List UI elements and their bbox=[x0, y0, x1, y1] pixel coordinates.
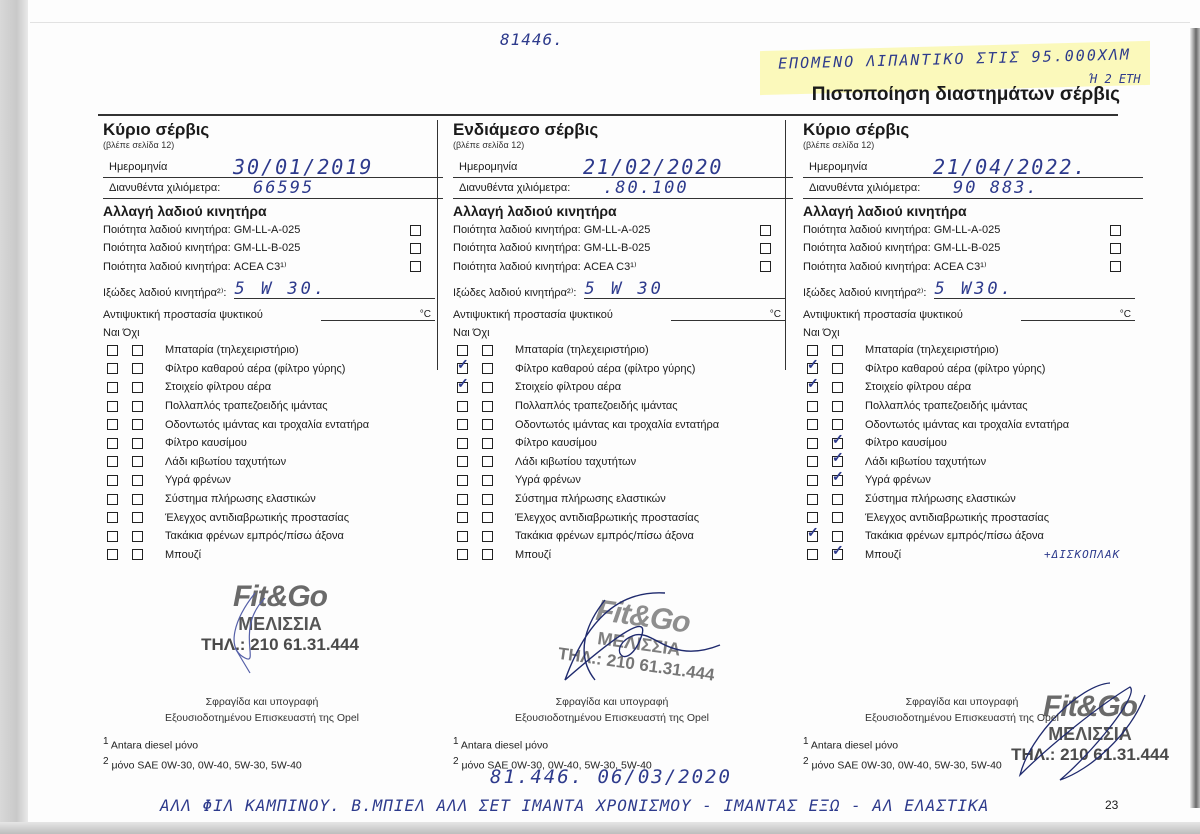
stamp-caption-line1: Σφραγίδα και υπογραφή bbox=[97, 694, 427, 710]
checklist-item-label: Μπαταρία (τηλεχειριστήριο) bbox=[865, 344, 999, 356]
km-value: 90 883. bbox=[953, 178, 1039, 198]
checklist-item-label: Στοιχείο φίλτρου αέρα bbox=[165, 381, 271, 393]
footnote-number: 1 bbox=[103, 736, 109, 747]
yes-checkbox[interactable] bbox=[107, 382, 118, 393]
checklist-item-label: Πολλαπλός τραπεζοειδής ιμάντας bbox=[515, 400, 678, 412]
viscosity-field[interactable]: 5 W30. bbox=[934, 278, 1135, 299]
no-checkbox[interactable] bbox=[832, 456, 843, 467]
viscosity-value: 5 W 30. bbox=[234, 279, 327, 299]
checklist-item: Στοιχείο φίλτρου αέρα bbox=[103, 378, 443, 397]
page-title: Πιστοποίηση διαστημάτων σέρβις bbox=[812, 84, 1120, 106]
no-checkbox[interactable] bbox=[832, 363, 843, 374]
date-value: 21/02/2020 bbox=[583, 155, 723, 179]
checklist-item-label: Φίλτρο καυσίμου bbox=[865, 437, 947, 449]
yes-checkbox[interactable] bbox=[457, 512, 468, 523]
oil-change-heading: Αλλαγή λαδιού κινητήρα bbox=[103, 203, 443, 219]
stamp-caption-line2: Εξουσιοδοτημένου Επισκευαστή της Opel bbox=[797, 710, 1127, 726]
see-page-note: (βλέπε σελίδα 12) bbox=[453, 140, 793, 151]
oil-quality-label: Ποιότητα λαδιού κινητήρα: GM-LL-A-025 bbox=[803, 224, 1000, 236]
km-field[interactable]: Διανυθέντα χιλιόμετρα:66595 bbox=[103, 178, 443, 199]
checklist-item: Υγρά φρένων bbox=[103, 471, 443, 490]
oil-quality-label: Ποιότητα λαδιού κινητήρα: GM-LL-B-025 bbox=[803, 242, 1000, 254]
checklist-item: Στοιχείο φίλτρου αέρα bbox=[803, 378, 1143, 397]
checklist-item: Οδοντωτός ιμάντας και τροχαλία εντατήρα bbox=[103, 415, 443, 434]
checklist-item: Πολλαπλός τραπεζοειδής ιμάντας bbox=[453, 397, 793, 416]
checklist-item-label: Μπουζί bbox=[165, 549, 201, 561]
scan-right-edge bbox=[1190, 28, 1200, 808]
yes-checkbox[interactable] bbox=[107, 549, 118, 560]
oil-quality-checkbox[interactable] bbox=[1110, 243, 1121, 254]
no-checkbox[interactable] bbox=[482, 345, 493, 356]
stamp-caption: Σφραγίδα και υπογραφή Εξουσιοδοτημένου Ε… bbox=[97, 694, 427, 726]
checklist-item-label: Μπαταρία (τηλεχειριστήριο) bbox=[165, 344, 299, 356]
oil-quality-checkbox[interactable] bbox=[410, 225, 421, 236]
checklist-item-label: Έλεγχος αντιδιαβρωτικής προστασίας bbox=[865, 512, 1049, 524]
checklist-item: Έλεγχος αντιδιαβρωτικής προστασίας bbox=[803, 508, 1143, 527]
date-field[interactable]: Ημερομηνία21/04/2022. bbox=[803, 151, 1143, 178]
oil-quality-checkbox[interactable] bbox=[760, 225, 771, 236]
no-checkbox[interactable] bbox=[482, 382, 493, 393]
checklist-item-label: Φίλτρο καθαρού αέρα (φίλτρο γύρης) bbox=[865, 363, 1045, 375]
title-divider bbox=[98, 114, 1118, 116]
footnote-number: 2 bbox=[803, 756, 809, 767]
checklist-item-label: Λάδι κιβωτίου ταχυτήτων bbox=[515, 456, 636, 468]
checklist-item-label: Μπουζί bbox=[865, 549, 901, 561]
checklist-item-label: Υγρά φρένων bbox=[515, 474, 581, 486]
no-checkbox[interactable] bbox=[132, 494, 143, 505]
yes-checkbox[interactable] bbox=[457, 531, 468, 542]
date-value: 30/01/2019 bbox=[233, 155, 373, 179]
oil-quality-label: Ποιότητα λαδιού κινητήρα: ACEA C3¹⁾ bbox=[103, 260, 287, 273]
no-checkbox[interactable] bbox=[832, 401, 843, 412]
yes-checkbox[interactable] bbox=[107, 419, 118, 430]
checklist-item: Οδοντωτός ιμάντας και τροχαλία εντατήρα bbox=[803, 415, 1143, 434]
handwritten-side-note: +ΔΙΣΚΟΠΛΑΚ bbox=[1044, 548, 1120, 561]
no-checkbox[interactable] bbox=[832, 494, 843, 505]
coolant-label: Αντιψυκτική προστασία ψυκτικού bbox=[103, 309, 263, 321]
page-number: 23 bbox=[1105, 798, 1118, 812]
oil-quality-row: Ποιότητα λαδιού κινητήρα: GM-LL-B-025 bbox=[103, 239, 443, 257]
see-page-note: (βλέπε σελίδα 12) bbox=[103, 140, 443, 151]
no-checkbox[interactable] bbox=[132, 345, 143, 356]
viscosity-value: 5 W30. bbox=[934, 279, 1013, 299]
no-checkbox[interactable] bbox=[832, 345, 843, 356]
checklist-item: Φίλτρο καυσίμου bbox=[803, 434, 1143, 453]
no-checkbox[interactable] bbox=[832, 438, 843, 449]
footnote-number: 1 bbox=[453, 736, 459, 747]
footnote-1: Antara diesel μόνο bbox=[461, 740, 548, 752]
km-field[interactable]: Διανυθέντα χιλιόμετρα:.80.100 bbox=[453, 178, 793, 199]
handwritten-top-number: 81446. bbox=[500, 30, 564, 49]
oil-quality-row: Ποιότητα λαδιού κινητήρα: ACEA C3¹⁾ bbox=[103, 257, 443, 275]
checklist-item-label: Σύστημα πλήρωσης ελαστικών bbox=[515, 493, 666, 505]
checklist-item: Φίλτρο καθαρού αέρα (φίλτρο γύρης) bbox=[453, 360, 793, 379]
checklist-item: Πολλαπλός τραπεζοειδής ιμάντας bbox=[803, 397, 1143, 416]
coolant-row: Αντιψυκτική προστασία ψυκτικού°C bbox=[803, 299, 1143, 321]
date-label: Ημερομηνία bbox=[809, 161, 867, 173]
footnote-number: 1 bbox=[803, 736, 809, 747]
viscosity-row: Ιξώδες λαδιού κινητήρα²⁾:5 W 30. bbox=[103, 275, 443, 299]
stamp-caption-line2: Εξουσιοδοτημένου Επισκευαστή της Opel bbox=[447, 710, 777, 726]
checklist-item-label: Τακάκια φρένων εμπρός/πίσω άξονα bbox=[515, 530, 694, 542]
yes-checkbox[interactable] bbox=[807, 549, 818, 560]
checklist-item: Μπαταρία (τηλεχειριστήριο) bbox=[453, 341, 793, 360]
yes-checkbox[interactable] bbox=[457, 363, 468, 374]
yes-checkbox[interactable] bbox=[107, 531, 118, 542]
oil-quality-checkbox[interactable] bbox=[760, 243, 771, 254]
no-checkbox[interactable] bbox=[482, 475, 493, 486]
see-page-note: (βλέπε σελίδα 12) bbox=[803, 140, 1143, 151]
viscosity-row: Ιξώδες λαδιού κινητήρα²⁾:5 W 30 bbox=[453, 275, 793, 299]
yes-checkbox[interactable] bbox=[807, 419, 818, 430]
checklist-item-label: Λάδι κιβωτίου ταχυτήτων bbox=[865, 456, 986, 468]
oil-quality-row: Ποιότητα λαδιού κινητήρα: GM-LL-B-025 bbox=[803, 239, 1143, 257]
no-checkbox[interactable] bbox=[132, 419, 143, 430]
stamp-caption-line2: Εξουσιοδοτημένου Επισκευαστή της Opel bbox=[97, 710, 427, 726]
yes-checkbox[interactable] bbox=[807, 382, 818, 393]
no-checkbox[interactable] bbox=[132, 363, 143, 374]
date-value: 21/04/2022. bbox=[933, 155, 1087, 179]
checklist-item-label: Φίλτρο καυσίμου bbox=[515, 437, 597, 449]
viscosity-value: 5 W 30 bbox=[584, 279, 663, 299]
no-checkbox[interactable] bbox=[832, 382, 843, 393]
no-checkbox[interactable] bbox=[132, 549, 143, 560]
footnote-number: 2 bbox=[103, 756, 109, 767]
page-top-edge bbox=[30, 22, 1190, 23]
oil-quality-checkbox[interactable] bbox=[410, 243, 421, 254]
checklist-item-label: Μπουζί bbox=[515, 549, 551, 561]
no-checkbox[interactable] bbox=[482, 438, 493, 449]
km-value: .80.100 bbox=[603, 178, 689, 198]
checklist-item-label: Φίλτρο καυσίμου bbox=[165, 437, 247, 449]
handwritten-mid-note: 81.446. 06/03/2020 bbox=[490, 766, 732, 788]
coolant-field[interactable]: °C bbox=[671, 309, 785, 321]
no-checkbox[interactable] bbox=[132, 475, 143, 486]
footnotes: 1 Antara diesel μόνο 2 μόνο SAE 0W-30, 0… bbox=[803, 734, 1002, 773]
oil-quality-row: Ποιότητα λαδιού κινητήρα: GM-LL-A-025 bbox=[803, 221, 1143, 239]
yes-checkbox[interactable] bbox=[107, 363, 118, 374]
checklist-item: Λάδι κιβωτίου ταχυτήτων bbox=[453, 453, 793, 472]
no-checkbox[interactable] bbox=[132, 456, 143, 467]
footnote-1: Antara diesel μόνο bbox=[811, 740, 898, 752]
no-checkbox[interactable] bbox=[482, 531, 493, 542]
oil-quality-checkbox[interactable] bbox=[410, 261, 421, 272]
oil-quality-row: Ποιότητα λαδιού κινητήρα: GM-LL-A-025 bbox=[453, 221, 793, 239]
yes-checkbox[interactable] bbox=[457, 438, 468, 449]
yes-checkbox[interactable] bbox=[107, 456, 118, 467]
checklist-item: Σύστημα πλήρωσης ελαστικών bbox=[453, 490, 793, 509]
stamp-caption-line1: Σφραγίδα και υπογραφή bbox=[797, 694, 1127, 710]
yes-checkbox[interactable] bbox=[807, 512, 818, 523]
no-checkbox[interactable] bbox=[832, 531, 843, 542]
checklist-item: Φίλτρο καθαρού αέρα (φίλτρο γύρης) bbox=[103, 360, 443, 379]
footnote-2: μόνο SAE 0W-30, 0W-40, 5W-30, 5W-40 bbox=[111, 759, 301, 771]
checklist-item-label: Τακάκια φρένων εμπρός/πίσω άξονα bbox=[865, 530, 1044, 542]
no-checkbox[interactable] bbox=[482, 456, 493, 467]
checklist-item-label: Υγρά φρένων bbox=[865, 474, 931, 486]
checklist-item: Λάδι κιβωτίου ταχυτήτων bbox=[803, 453, 1143, 472]
checklist-item: Έλεγχος αντιδιαβρωτικής προστασίας bbox=[453, 508, 793, 527]
yes-checkbox[interactable] bbox=[457, 494, 468, 505]
checklist-item: Μπαταρία (τηλεχειριστήριο) bbox=[103, 341, 443, 360]
oil-quality-row: Ποιότητα λαδιού κινητήρα: GM-LL-A-025 bbox=[103, 221, 443, 239]
viscosity-row: Ιξώδες λαδιού κινητήρα²⁾:5 W30. bbox=[803, 275, 1143, 299]
celsius-unit: °C bbox=[770, 309, 781, 320]
no-checkbox[interactable] bbox=[132, 531, 143, 542]
date-field[interactable]: Ημερομηνία21/02/2020 bbox=[453, 151, 793, 178]
yes-checkbox[interactable] bbox=[807, 531, 818, 542]
checklist-item: Φίλτρο καυσίμου bbox=[453, 434, 793, 453]
yes-checkbox[interactable] bbox=[807, 438, 818, 449]
no-checkbox[interactable] bbox=[482, 512, 493, 523]
date-label: Ημερομηνία bbox=[109, 161, 167, 173]
oil-quality-label: Ποιότητα λαδιού κινητήρα: GM-LL-B-025 bbox=[103, 242, 300, 254]
coolant-row: Αντιψυκτική προστασία ψυκτικού°C bbox=[103, 299, 443, 321]
coolant-field[interactable]: °C bbox=[1021, 309, 1135, 321]
yes-checkbox[interactable] bbox=[107, 438, 118, 449]
footnote-2: μόνο SAE 0W-30, 0W-40, 5W-30, 5W-40 bbox=[811, 759, 1001, 771]
yes-checkbox[interactable] bbox=[807, 345, 818, 356]
checklist-item-label: Οδοντωτός ιμάντας και τροχαλία εντατήρα bbox=[165, 419, 369, 431]
footnote-number: 2 bbox=[453, 756, 459, 767]
yes-checkbox[interactable] bbox=[807, 363, 818, 374]
oil-quality-row: Ποιότητα λαδιού κινητήρα: ACEA C3¹⁾ bbox=[803, 257, 1143, 275]
checklist-item-label: Υγρά φρένων bbox=[165, 474, 231, 486]
km-field[interactable]: Διανυθέντα χιλιόμετρα:90 883. bbox=[803, 178, 1143, 199]
stamp-caption: Σφραγίδα και υπογραφή Εξουσιοδοτημένου Ε… bbox=[797, 694, 1127, 726]
oil-quality-label: Ποιότητα λαδιού κινητήρα: ACEA C3¹⁾ bbox=[803, 260, 987, 273]
checklist-item-label: Οδοντωτός ιμάντας και τροχαλία εντατήρα bbox=[515, 419, 719, 431]
no-checkbox[interactable] bbox=[832, 475, 843, 486]
checklist-item: Υγρά φρένων bbox=[453, 471, 793, 490]
checklist-item-label: Σύστημα πλήρωσης ελαστικών bbox=[165, 493, 316, 505]
checklist-item-label: Φίλτρο καθαρού αέρα (φίλτρο γύρης) bbox=[515, 363, 695, 375]
yes-checkbox[interactable] bbox=[107, 512, 118, 523]
oil-change-heading: Αλλαγή λαδιού κινητήρα bbox=[803, 203, 1143, 219]
checklist-item: Έλεγχος αντιδιαβρωτικής προστασίας bbox=[103, 508, 443, 527]
coolant-row: Αντιψυκτική προστασία ψυκτικού°C bbox=[453, 299, 793, 321]
oil-quality-label: Ποιότητα λαδιού κινητήρα: GM-LL-A-025 bbox=[103, 224, 300, 236]
celsius-unit: °C bbox=[1120, 309, 1131, 320]
oil-quality-checkbox[interactable] bbox=[760, 261, 771, 272]
no-checkbox[interactable] bbox=[482, 419, 493, 430]
no-checkbox[interactable] bbox=[832, 419, 843, 430]
oil-quality-row: Ποιότητα λαδιού κινητήρα: ACEA C3¹⁾ bbox=[453, 257, 793, 275]
viscosity-label: Ιξώδες λαδιού κινητήρα²⁾: bbox=[453, 286, 576, 299]
km-label: Διανυθέντα χιλιόμετρα: bbox=[459, 182, 570, 194]
yes-checkbox[interactable] bbox=[107, 401, 118, 412]
no-checkbox[interactable] bbox=[132, 382, 143, 393]
yes-checkbox[interactable] bbox=[107, 345, 118, 356]
checklist-item: Μπουζί bbox=[103, 546, 443, 565]
no-checkbox[interactable] bbox=[132, 438, 143, 449]
footnote-1: Antara diesel μόνο bbox=[111, 740, 198, 752]
yes-checkbox[interactable] bbox=[107, 494, 118, 505]
signature-scribble bbox=[215, 588, 285, 678]
oil-quality-label: Ποιότητα λαδιού κινητήρα: GM-LL-B-025 bbox=[453, 242, 650, 254]
yes-checkbox[interactable] bbox=[807, 475, 818, 486]
yes-checkbox[interactable] bbox=[457, 401, 468, 412]
viscosity-label: Ιξώδες λαδιού κινητήρα²⁾: bbox=[103, 286, 226, 299]
footnotes: 1 Antara diesel μόνο 2 μόνο SAE 0W-30, 0… bbox=[103, 734, 302, 773]
yes-checkbox[interactable] bbox=[457, 345, 468, 356]
checklist-item: Τακάκια φρένων εμπρός/πίσω άξονα bbox=[453, 527, 793, 546]
checklist-item: Μπαταρία (τηλεχειριστήριο) bbox=[803, 341, 1143, 360]
checklist-item-label: Σύστημα πλήρωσης ελαστικών bbox=[865, 493, 1016, 505]
yes-checkbox[interactable] bbox=[107, 475, 118, 486]
scan-bottom-shadow bbox=[0, 822, 1200, 834]
oil-quality-label: Ποιότητα λαδιού κινητήρα: GM-LL-A-025 bbox=[453, 224, 650, 236]
checklist-item-label: Πολλαπλός τραπεζοειδής ιμάντας bbox=[865, 400, 1028, 412]
service-heading: Κύριο σέρβις bbox=[803, 120, 1143, 140]
checklist-item: Σύστημα πλήρωσης ελαστικών bbox=[803, 490, 1143, 509]
no-checkbox[interactable] bbox=[832, 512, 843, 523]
checklist-item-label: Στοιχείο φίλτρου αέρα bbox=[865, 381, 971, 393]
oil-quality-row: Ποιότητα λαδιού κινητήρα: GM-LL-B-025 bbox=[453, 239, 793, 257]
viscosity-label: Ιξώδες λαδιού κινητήρα²⁾: bbox=[803, 286, 926, 299]
viscosity-field[interactable]: 5 W 30. bbox=[234, 278, 435, 299]
no-checkbox[interactable] bbox=[132, 512, 143, 523]
checklist-item: Σύστημα πλήρωσης ελαστικών bbox=[103, 490, 443, 509]
yes-checkbox[interactable] bbox=[807, 401, 818, 412]
oil-quality-checkbox[interactable] bbox=[1110, 225, 1121, 236]
checklist-item: Υγρά φρένων bbox=[803, 471, 1143, 490]
checklist-item-label: Λάδι κιβωτίου ταχυτήτων bbox=[165, 456, 286, 468]
date-label: Ημερομηνία bbox=[459, 161, 517, 173]
checklist-item: Οδοντωτός ιμάντας και τροχαλία εντατήρα bbox=[453, 415, 793, 434]
yes-checkbox[interactable] bbox=[807, 494, 818, 505]
yes-no-header: Ναι Όχι bbox=[803, 327, 1143, 341]
yes-checkbox[interactable] bbox=[457, 419, 468, 430]
km-label: Διανυθέντα χιλιόμετρα: bbox=[109, 182, 220, 194]
yes-checkbox[interactable] bbox=[457, 549, 468, 560]
stamp-caption-line1: Σφραγίδα και υπογραφή bbox=[447, 694, 777, 710]
service-column: Κύριο σέρβις(βλέπε σελίδα 12)Ημερομηνία3… bbox=[103, 120, 443, 564]
checklist-item-label: Μπαταρία (τηλεχειριστήριο) bbox=[515, 344, 649, 356]
date-field[interactable]: Ημερομηνία30/01/2019 bbox=[103, 151, 443, 178]
oil-change-heading: Αλλαγή λαδιού κινητήρα bbox=[453, 203, 793, 219]
signature-scribble bbox=[1010, 675, 1150, 785]
checklist-item: Μπουζί bbox=[453, 546, 793, 565]
stamp-caption: Σφραγίδα και υπογραφή Εξουσιοδοτημένου Ε… bbox=[447, 694, 777, 726]
km-label: Διανυθέντα χιλιόμετρα: bbox=[809, 182, 920, 194]
service-column: Κύριο σέρβις(βλέπε σελίδα 12)Ημερομηνία2… bbox=[803, 120, 1143, 564]
celsius-unit: °C bbox=[420, 309, 431, 320]
checklist-item: Πολλαπλός τραπεζοειδής ιμάντας bbox=[103, 397, 443, 416]
handwritten-bottom-note: ΑΛΛ ΦΙΛ ΚΑΜΠΙΝΟΥ. Β.ΜΠΙΕΛ ΑΛΛ ΣΕΤ ΙΜΑΝΤΑ… bbox=[160, 796, 989, 815]
no-checkbox[interactable] bbox=[482, 401, 493, 412]
scan-left-shadow bbox=[0, 0, 28, 834]
checklist-item-label: Έλεγχος αντιδιαβρωτικής προστασίας bbox=[515, 512, 699, 524]
checklist-item-label: Πολλαπλός τραπεζοειδής ιμάντας bbox=[165, 400, 328, 412]
coolant-label: Αντιψυκτική προστασία ψυκτικού bbox=[803, 309, 963, 321]
checklist-item-label: Οδοντωτός ιμάντας και τροχαλία εντατήρα bbox=[865, 419, 1069, 431]
checklist-item: Φίλτρο καυσίμου bbox=[103, 434, 443, 453]
no-checkbox[interactable] bbox=[832, 549, 843, 560]
yes-no-header: Ναι Όχι bbox=[453, 327, 793, 341]
service-heading: Κύριο σέρβις bbox=[103, 120, 443, 140]
checklist-item-label: Φίλτρο καθαρού αέρα (φίλτρο γύρης) bbox=[165, 363, 345, 375]
checklist-item: Τακάκια φρένων εμπρός/πίσω άξονα bbox=[803, 527, 1143, 546]
no-checkbox[interactable] bbox=[132, 401, 143, 412]
oil-quality-checkbox[interactable] bbox=[1110, 261, 1121, 272]
signature-scribble bbox=[545, 585, 725, 695]
km-value: 66595 bbox=[253, 178, 314, 198]
yes-checkbox[interactable] bbox=[457, 475, 468, 486]
yes-no-header: Ναι Όχι bbox=[103, 327, 443, 341]
checklist-item-label: Τακάκια φρένων εμπρός/πίσω άξονα bbox=[165, 530, 344, 542]
no-checkbox[interactable] bbox=[482, 549, 493, 560]
yes-checkbox[interactable] bbox=[807, 456, 818, 467]
service-heading: Ενδιάμεσο σέρβις bbox=[453, 120, 793, 140]
coolant-label: Αντιψυκτική προστασία ψυκτικού bbox=[453, 309, 613, 321]
service-column: Ενδιάμεσο σέρβις(βλέπε σελίδα 12)Ημερομη… bbox=[453, 120, 793, 564]
checklist-item-label: Έλεγχος αντιδιαβρωτικής προστασίας bbox=[165, 512, 349, 524]
yes-checkbox[interactable] bbox=[457, 382, 468, 393]
coolant-field[interactable]: °C bbox=[321, 309, 435, 321]
no-checkbox[interactable] bbox=[482, 494, 493, 505]
oil-quality-label: Ποιότητα λαδιού κινητήρα: ACEA C3¹⁾ bbox=[453, 260, 637, 273]
checklist-item: Στοιχείο φίλτρου αέρα bbox=[453, 378, 793, 397]
checklist-item: Λάδι κιβωτίου ταχυτήτων bbox=[103, 453, 443, 472]
checklist-item: Τακάκια φρένων εμπρός/πίσω άξονα bbox=[103, 527, 443, 546]
checklist-item-label: Στοιχείο φίλτρου αέρα bbox=[515, 381, 621, 393]
viscosity-field[interactable]: 5 W 30 bbox=[584, 278, 785, 299]
checklist-item: Φίλτρο καθαρού αέρα (φίλτρο γύρης) bbox=[803, 360, 1143, 379]
no-checkbox[interactable] bbox=[482, 363, 493, 374]
yes-checkbox[interactable] bbox=[457, 456, 468, 467]
